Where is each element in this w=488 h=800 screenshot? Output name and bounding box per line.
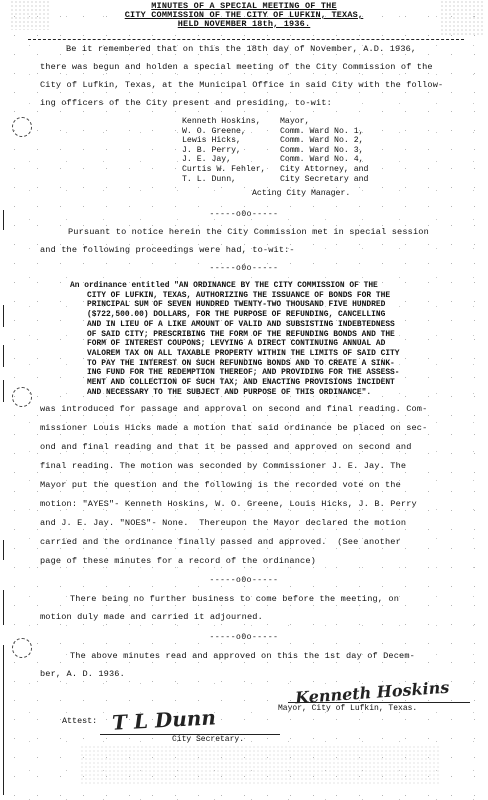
intro-line: Be it remembered that on this the 18th d… <box>66 44 416 54</box>
officer-title: Comm. Ward No. 1, <box>280 127 364 137</box>
officer-name: J. B. Perry, <box>182 146 280 156</box>
ordinance-line: FORM OF INTEREST COUPONS; LEVYING A DIRE… <box>70 339 470 349</box>
binder-mark <box>3 590 4 625</box>
officer-name: Curtis W. Fehler, <box>182 165 280 175</box>
ordinance-line: ($722,500.00) DOLLARS, FOR THE PURPOSE O… <box>70 310 470 320</box>
binder-mark <box>3 305 4 327</box>
ordinance-line: PRINCIPAL SUM OF SEVEN HUNDRED TWENTY-TW… <box>70 300 470 310</box>
section-divider: -----o0o----- <box>0 633 488 642</box>
officer-title: City Secretary and <box>280 175 368 185</box>
officer-name: J. E. Jay, <box>182 155 280 165</box>
officer-row: J. E. Jay,Comm. Ward No. 4, <box>182 155 368 165</box>
section-divider: -----o0o----- <box>0 210 488 219</box>
adjourn-line: There being no further business to come … <box>70 594 399 604</box>
ordinance-line: TO PAY THE INTEREST ON SUCH REFUNDING BO… <box>70 359 470 369</box>
officer-title: Comm. Ward No. 2, <box>280 136 364 146</box>
mayor-signature-line <box>288 702 470 703</box>
officer-row: Lewis Hicks,Comm. Ward No. 2, <box>182 136 368 146</box>
officer-title: Comm. Ward No. 3, <box>280 146 364 156</box>
officer-name: W. O. Greene, <box>182 127 280 137</box>
ordinance-line: CITY OF LUFKIN, TEXAS, AUTHORIZING THE I… <box>70 291 470 301</box>
binder-mark <box>3 645 4 795</box>
ordinance-line: ING FUND FOR THE REDEMPTION THEREOF; AND… <box>70 368 470 378</box>
officer-row: Kenneth Hoskins,Mayor, <box>182 117 368 127</box>
title-line: HELD NOVEMBER 18th, 1936. <box>0 20 488 29</box>
officer-title: City Attorney, and <box>280 165 368 175</box>
secretary-caption: City Secretary. <box>172 735 244 744</box>
motion-line: Mayor put the question and the following… <box>40 480 401 490</box>
scan-noise-bottom <box>80 745 440 785</box>
officers-list: Kenneth Hoskins,Mayor, W. O. Greene,Comm… <box>182 117 368 184</box>
motion-line: and J. E. Jay. "NOES"- None. Thereupon t… <box>40 518 406 528</box>
notice-line: Pursuant to notice herein the City Commi… <box>68 227 429 237</box>
binder-mark <box>3 540 4 560</box>
adjourn-line: motion duly made and carried it adjourne… <box>40 612 263 622</box>
punch-hole <box>12 117 32 137</box>
officer-name: Lewis Hicks, <box>182 136 280 146</box>
officer-row: Curtis W. Fehler,City Attorney, and <box>182 165 368 175</box>
document-title: MINUTES OF A SPECIAL MEETING OF THE CITY… <box>0 2 488 29</box>
officer-row: J. B. Perry,Comm. Ward No. 3, <box>182 146 368 156</box>
ordinance-line: An ordinance entitled "AN ORDINANCE BY T… <box>70 281 470 291</box>
section-divider: -----o0o----- <box>0 576 488 585</box>
motion-line: motion: "AYES"- Kenneth Hoskins, W. O. G… <box>40 499 417 509</box>
officer-name: Kenneth Hoskins, <box>182 117 280 127</box>
notice-line: and the following proceedings were had, … <box>40 245 295 255</box>
approval-line: The above minutes read and approved on t… <box>70 651 415 661</box>
binder-mark <box>3 345 4 367</box>
motion-line: ond and final reading and that it be pas… <box>40 442 412 452</box>
ordinance-line: MENT AND COLLECTION OF SUCH TAX; AND ENA… <box>70 378 470 388</box>
officer-row: W. O. Greene,Comm. Ward No. 1, <box>182 127 368 137</box>
ordinance-line: AND NECESSARY TO THE SUBJECT AND PURPOSE… <box>70 388 470 398</box>
mayor-caption: Mayor, City of Lufkin, Texas. <box>278 704 417 713</box>
binder-mark <box>3 380 4 402</box>
ordinance-line: OF SAID CITY; PRESCRIBING THE FORM OF TH… <box>70 330 470 340</box>
officer-title: Comm. Ward No. 4, <box>280 155 364 165</box>
intro-line: ing officers of the City present and pre… <box>40 98 332 108</box>
intro-line: City of Lufkin, Texas, at the Municipal … <box>40 80 443 90</box>
title-dashed-rule <box>28 39 464 40</box>
section-divider: -----o0o----- <box>0 264 488 273</box>
motion-line: final reading. The motion was seconded b… <box>40 461 406 471</box>
ordinance-line: AND IN LIEU OF A LIKE AMOUNT OF VALID AN… <box>70 320 470 330</box>
officer-name: T. L. Dunn, <box>182 175 280 185</box>
ordinance-title-block: An ordinance entitled "AN ORDINANCE BY T… <box>70 281 470 397</box>
ordinance-line: VALOREM TAX ON ALL TAXABLE PROPERTY WITH… <box>70 349 470 359</box>
motion-line: missioner Louis Hicks made a motion that… <box>40 423 427 433</box>
motion-line: was introduced for passage and approval … <box>40 404 427 414</box>
intro-line: there was begun and holden a special mee… <box>40 62 433 72</box>
scanned-minutes-page: MINUTES OF A SPECIAL MEETING OF THE CITY… <box>0 0 488 800</box>
motion-line: page of these minutes for a record of th… <box>40 556 316 566</box>
officer-row: T. L. Dunn,City Secretary and <box>182 175 368 185</box>
attest-label: Attest: <box>62 716 97 726</box>
officer-title-continued: Acting City Manager. <box>252 189 350 198</box>
punch-hole <box>12 387 32 407</box>
approval-line: ber, A. D. 1936. <box>40 669 125 679</box>
secretary-signature: T L Dunn <box>111 705 216 734</box>
motion-line: carried and the ordinance finally passed… <box>40 537 401 547</box>
officer-title: Mayor, <box>280 117 309 127</box>
